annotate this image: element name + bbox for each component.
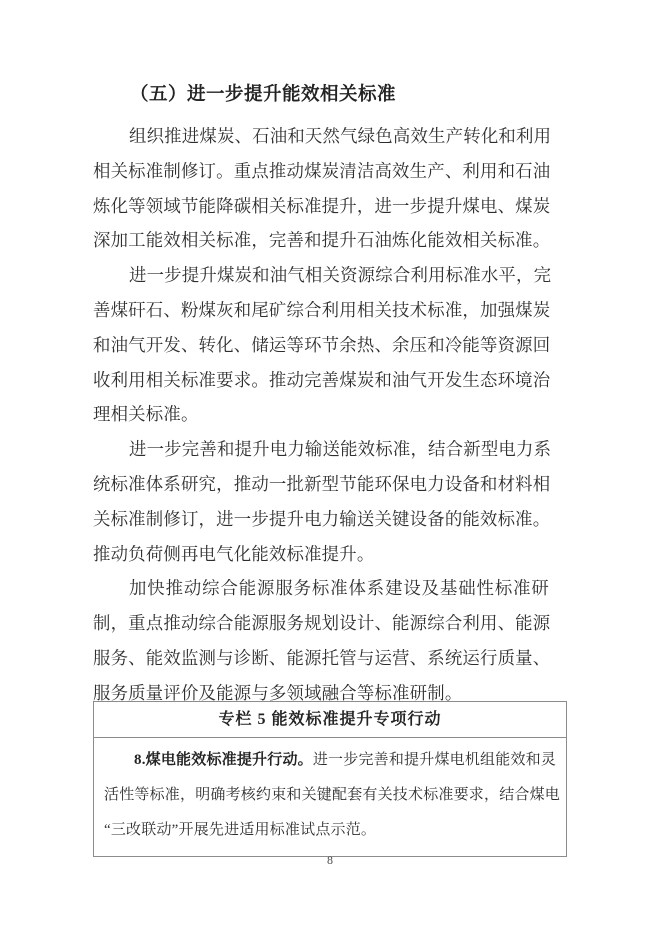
callout-lead-bold: 8.煤电能效标准提升行动。 [134, 752, 313, 768]
text-line: 深加工能效相关标准，完善和提升石油炼化能效相关标准。 [93, 223, 549, 258]
text-line: 进一步完善和提升电力输送能效标准，结合新型电力系 [93, 432, 549, 467]
body-paragraph: 加快推动综合能源服务标准体系建设及基础性标准研 制，重点推动综合能源服务规划设计… [93, 571, 549, 710]
text-line: 善煤矸石、粉煤灰和尾矿综合利用相关技术标准，加强煤炭 [93, 293, 549, 328]
body-paragraph: 进一步完善和提升电力输送能效标准，结合新型电力系 统标准体系研究，推动一批新型节… [93, 432, 549, 571]
text-line: 活性等标准，明确考核约束和关键配套有关技术标准要求，结合煤电 [104, 778, 556, 813]
callout-lead-rest: 进一步完善和提升煤电机组能效和灵 [313, 752, 556, 768]
text-line: 8.煤电能效标准提升行动。进一步完善和提升煤电机组能效和灵 [104, 743, 556, 778]
text-line: 收利用相关标准要求。推动完善煤炭和油气开发生态环境治 [93, 363, 549, 398]
body-paragraph: 组织推进煤炭、石油和天然气绿色高效生产转化和利用 相关标准制修订。重点推动煤炭清… [93, 119, 549, 258]
document-page: （五）进一步提升能效相关标准 组织推进煤炭、石油和天然气绿色高效生产转化和利用 … [0, 0, 660, 933]
text-line: 加快推动综合能源服务标准体系建设及基础性标准研 [93, 571, 549, 606]
callout-box-title: 专栏 5 能效标准提升专项行动 [94, 702, 566, 738]
document-body: （五）进一步提升能效相关标准 组织推进煤炭、石油和天然气绿色高效生产转化和利用 … [93, 84, 549, 711]
text-line: “三改联动”开展先进适用标准试点示范。 [104, 813, 556, 848]
text-line: 推动负荷侧再电气化能效标准提升。 [93, 537, 549, 572]
text-line: 组织推进煤炭、石油和天然气绿色高效生产转化和利用 [93, 119, 549, 154]
text-line: 和油气开发、转化、储运等环节余热、余压和冷能等资源回 [93, 328, 549, 363]
text-line: 关标准制修订，进一步提升电力输送关键设备的能效标准。 [93, 502, 549, 537]
text-line: 炼化等领域节能降碳相关标准提升，进一步提升煤电、煤炭 [93, 189, 549, 224]
section-heading: （五）进一步提升能效相关标准 [93, 84, 549, 106]
text-line: 相关标准制修订。重点推动煤炭清洁高效生产、利用和石油 [93, 154, 549, 189]
body-paragraph: 进一步提升煤炭和油气相关资源综合利用标准水平，完 善煤矸石、粉煤灰和尾矿综合利用… [93, 258, 549, 432]
page-number: 8 [0, 853, 660, 868]
text-line: 统标准体系研究，推动一批新型节能环保电力设备和材料相 [93, 467, 549, 502]
text-line: 进一步提升煤炭和油气相关资源综合利用标准水平，完 [93, 258, 549, 293]
text-line: 服务、能效监测与诊断、能源托管与运营、系统运行质量、 [93, 641, 549, 676]
callout-box: 专栏 5 能效标准提升专项行动 8.煤电能效标准提升行动。进一步完善和提升煤电机… [93, 701, 567, 857]
text-line: 制，重点推动综合能源服务规划设计、能源综合利用、能源 [93, 606, 549, 641]
text-line: 理相关标准。 [93, 397, 549, 432]
callout-box-body: 8.煤电能效标准提升行动。进一步完善和提升煤电机组能效和灵 活性等标准，明确考核… [94, 738, 566, 856]
